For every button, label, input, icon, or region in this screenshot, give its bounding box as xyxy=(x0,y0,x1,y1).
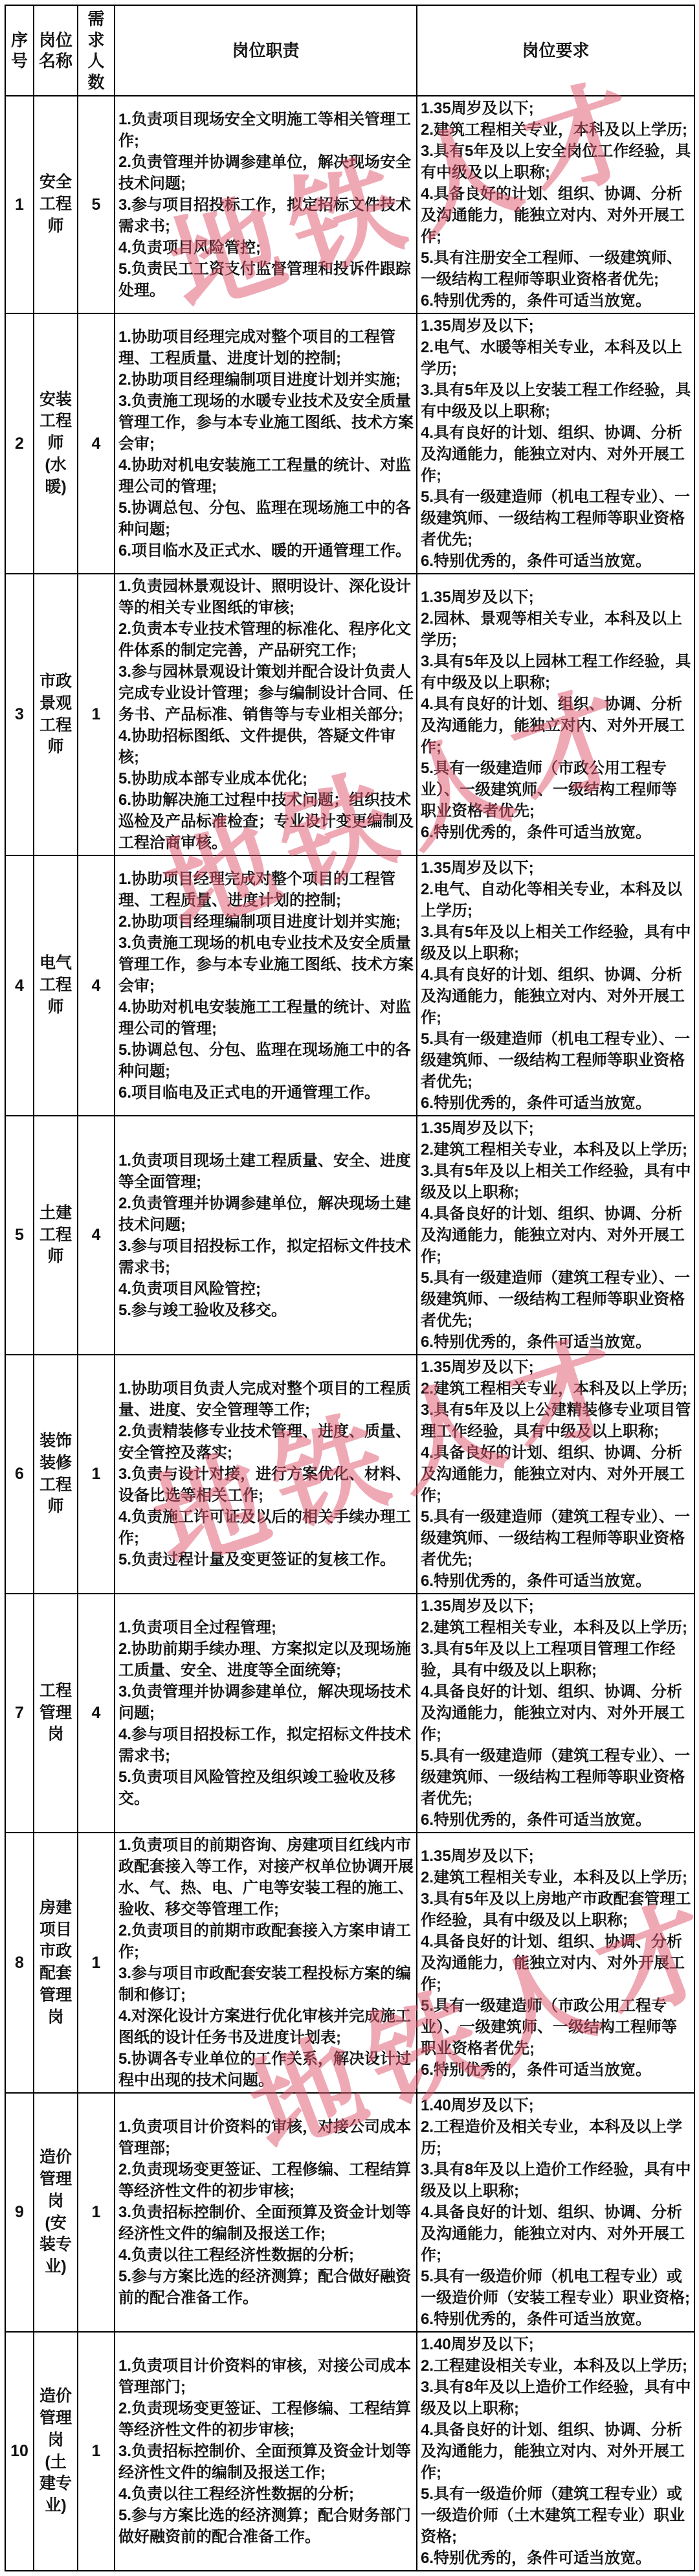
duty-item: 5.协调总包、分包、监理在现场施工中的各种问题; xyxy=(118,1039,414,1082)
duty-item: 4.负责项目风险管控; xyxy=(118,1278,414,1300)
duty-item: 2.协助前期手续办理、方案拟定以及现场施工质量、安全、进度等全面统筹; xyxy=(118,1638,414,1681)
table-row: 1 安全工程师 5 1.负责项目现场安全文明施工等相关管理工作;2.负责管理并协… xyxy=(5,96,694,313)
duty-item: 2.负责管理并协调参建单位，解决现场安全技术问题; xyxy=(118,152,414,194)
position-name-cell: 造价管理岗(土建专业) xyxy=(34,2332,78,2571)
requirement-item: 4.具备良好的计划、组织、协调、分析及沟通能力，能独立对内、对外开展工作; xyxy=(421,1442,692,1506)
requirement-item: 4.具备良好的计划、组织、协调、分析及沟通能力，能独立对内、对外开展工作; xyxy=(421,183,692,247)
duty-item: 3.负责招标控制价、全面预算及资金计划等经济性文件的编制及报送工作; xyxy=(118,2441,414,2483)
table-row: 9 造价管理岗(安装专业) 1 1.负责项目计价资料的审核，对接公司成本管理部;… xyxy=(5,2093,694,2332)
requirements-cell: 1.35周岁及以下;2.电气、自动化等相关专业，本科及以上学历;3.具有5年及以… xyxy=(417,855,694,1116)
duty-item: 5.协调总包、分包、监理在现场施工中的各种问题; xyxy=(118,497,414,540)
col-header-duties: 岗位职责 xyxy=(115,5,417,96)
position-name-cell: 安全工程师 xyxy=(34,96,78,313)
table-row: 2 安装工程师(水暖) 4 1.协助项目经理完成对整个项目的工程管理、工程质量、… xyxy=(5,313,694,574)
duties-cell: 1.协助项目经理完成对整个项目的工程管理、工程质量、进度计划的控制;2.协助项目… xyxy=(115,313,417,574)
requirement-item: 4.具备良好的计划、组织、协调、分析及沟通能力，能独立对内、对外开展工作; xyxy=(421,1931,692,1995)
requirement-item: 5.具有一级建造师（市政公用工程专业）、一级建筑师、一级结构工程师等职业资格者优… xyxy=(421,1995,692,2059)
headcount-cell: 4 xyxy=(78,1594,115,1833)
position-name-cell: 土建工程师 xyxy=(34,1116,78,1355)
header-row: 序号 岗位名称 需求人数 岗位职责 岗位要求 xyxy=(5,5,694,96)
duty-item: 2.协助项目经理编制项目进度计划并实施; xyxy=(118,369,414,390)
duty-item: 4.协助招标图纸、文件提供，答疑文件审核; xyxy=(118,725,414,768)
duty-item: 4.协助对机电安装施工工程量的统计、对监理公司的管理; xyxy=(118,997,414,1039)
requirement-item: 6.特别优秀的，条件可适当放宽。 xyxy=(421,1570,692,1592)
requirements-cell: 1.35周岁及以下;2.建筑工程相关专业，本科及以上学历;3.具有5年及以上公建… xyxy=(417,1355,694,1594)
requirement-item: 3.具有8年及以上造价工作经验，具有中级及以上职称; xyxy=(421,2159,692,2202)
requirements-cell: 1.40周岁及以下;2.工程造价及相关专业，本科及以上学历;3.具有8年及以上造… xyxy=(417,2093,694,2332)
requirement-item: 6.特别优秀的，条件可适当放宽。 xyxy=(421,1331,692,1353)
requirement-item: 3.具有5年及以上安全岗位工作经验，具有中级及以上职称; xyxy=(421,141,692,183)
duties-cell: 1.协助项目负责人完成对整个项目的工程质量、进度、安全管理等工作;2.负责精装修… xyxy=(115,1355,417,1594)
requirement-item: 4.具有良好的计划、组织、协调、分析及沟通能力，能独立对内、对外开展工作; xyxy=(421,422,692,486)
duty-item: 3.负责管理并协调参建单位，解决现场技术问题; xyxy=(118,1681,414,1724)
requirement-item: 6.特别优秀的，条件可适当放宽。 xyxy=(421,2548,692,2569)
requirement-item: 2.工程建设相关专业，本科及以上学历; xyxy=(421,2355,692,2377)
requirement-item: 2.园林、景观等相关专业，本科及以上学历; xyxy=(421,608,692,651)
duty-item: 1.负责项目计价资料的审核，对接公司成本管理部; xyxy=(118,2116,414,2159)
position-name-cell: 工程管理岗 xyxy=(34,1594,78,1833)
requirement-item: 1.35周岁及以下; xyxy=(421,1357,692,1378)
requirement-item: 3.具有5年及以上相关工作经验，具有中级及以上职称; xyxy=(421,1160,692,1203)
table-row: 8 房建项目市政配套管理岗 1 1.负责项目的前期咨询、房建项目红线内市政配套接… xyxy=(5,1833,694,2093)
row-index-cell: 6 xyxy=(5,1355,34,1594)
duty-item: 5.协调各专业单位的工作关系，解决设计过程中出现的技术问题。 xyxy=(118,2048,414,2091)
requirement-item: 3.具有5年及以上园林工程工作经验，具有中级及以上职称; xyxy=(421,651,692,694)
duty-item: 3.参与项目市政配套安装工程投标方案的编制和修订; xyxy=(118,1963,414,2005)
duty-item: 3.负责招标控制价、全面预算及资金计划等经济性文件的编制及报送工作; xyxy=(118,2202,414,2244)
headcount-cell: 1 xyxy=(78,1833,115,2093)
duty-item: 5.负责过程计量及变更签证的复核工作。 xyxy=(118,1549,414,1570)
headcount-cell: 1 xyxy=(78,2332,115,2571)
headcount-cell: 4 xyxy=(78,313,115,574)
job-positions-table: 序号 岗位名称 需求人数 岗位职责 岗位要求 1 安全工程师 5 1.负责项目现… xyxy=(5,5,695,2571)
duty-item: 1.协助项目经理完成对整个项目的工程管理、工程质量、进度计划的控制; xyxy=(118,868,414,911)
duties-cell: 1.负责项目的前期咨询、房建项目红线内市政配套接入等工作，对接产权单位协调开展水… xyxy=(115,1833,417,2093)
requirements-cell: 1.35周岁及以下;2.建筑工程相关专业，本科及以上学历;3.具有5年及以上安全… xyxy=(417,96,694,313)
requirement-item: 5.具有一级造价师（机电工程专业）或一级造价师（安装工程专业）职业资格; xyxy=(421,2266,692,2309)
row-index-cell: 9 xyxy=(5,2093,34,2332)
duty-item: 1.负责园林景观设计、照明设计、深化设计等的相关专业图纸的审核; xyxy=(118,576,414,618)
position-name-cell: 安装工程师(水暖) xyxy=(34,313,78,574)
requirements-cell: 1.35周岁及以下;2.建筑工程相关专业，本科及以上学历;3.具有5年及以上工程… xyxy=(417,1594,694,1833)
requirement-item: 1.35周岁及以下; xyxy=(421,1846,692,1867)
row-index-cell: 7 xyxy=(5,1594,34,1833)
requirement-item: 2.建筑工程相关专业，本科及以上学历; xyxy=(421,1867,692,1888)
duty-item: 3.负责施工现场的水暖专业技术及安全质量管理工作，参与本专业施工图纸、技术方案会… xyxy=(118,390,414,455)
requirement-item: 6.特别优秀的，条件可适当放宽。 xyxy=(421,2059,692,2081)
headcount-cell: 1 xyxy=(78,1355,115,1594)
requirement-item: 3.具有5年及以上相关工作经验，具有中级及以上职称; xyxy=(421,921,692,964)
duty-item: 6.协助解决施工过程中技术问题；组织技术巡检及产品标准检查；专业设计变更编制及工… xyxy=(118,789,414,853)
duty-item: 5.负责民工工资支付监督管理和投诉件跟踪处理。 xyxy=(118,258,414,301)
headcount-cell: 4 xyxy=(78,1116,115,1355)
duty-item: 2.负责精装修专业技术管理、进度、质量、安全管控及落实; xyxy=(118,1421,414,1463)
duties-cell: 1.负责园林景观设计、照明设计、深化设计等的相关专业图纸的审核;2.负责本专业技… xyxy=(115,574,417,855)
duty-item: 6.项目临电及正式电的开通管理工作。 xyxy=(118,1082,414,1103)
duties-cell: 1.负责项目计价资料的审核，对接公司成本管理部;2.负责现场变更签证、工程修编、… xyxy=(115,2093,417,2332)
duty-item: 3.负责与设计对接，进行方案优化、材料、设备比选等相关工作; xyxy=(118,1463,414,1506)
duty-item: 4.负责项目风险管控; xyxy=(118,237,414,258)
row-index-cell: 2 xyxy=(5,313,34,574)
requirements-cell: 1.35周岁及以下;2.电气、水暖等相关专业，本科及以上学历;3.具有5年及以上… xyxy=(417,313,694,574)
col-header-position-name: 岗位名称 xyxy=(34,5,78,96)
requirement-item: 2.电气、自动化等相关专业，本科及以上学历; xyxy=(421,879,692,921)
duty-item: 5.负责项目风险管控及组织竣工验收及移交。 xyxy=(118,1767,414,1809)
row-index-cell: 4 xyxy=(5,855,34,1116)
position-name-cell: 市政景观工程师 xyxy=(34,574,78,855)
headcount-cell: 4 xyxy=(78,855,115,1116)
headcount-cell: 5 xyxy=(78,96,115,313)
position-name-cell: 造价管理岗(安装专业) xyxy=(34,2093,78,2332)
headcount-cell: 1 xyxy=(78,2093,115,2332)
requirement-item: 5.具有一级建造师（市政公用工程专业）、一级建筑师、一级结构工程师等职业资格者优… xyxy=(421,758,692,822)
requirement-item: 5.具有一级建造师（机电工程专业）、一级建筑师、一级结构工程师等职业资格者优先; xyxy=(421,486,692,550)
duties-cell: 1.负责项目现场土建工程质量、安全、进度等全面管理;2.负责管理并协调参建单位，… xyxy=(115,1116,417,1355)
duty-item: 2.负责现场变更签证、工程修编、工程结算等经济性文件的初步审核; xyxy=(118,2159,414,2202)
duty-item: 6.项目临水及正式水、暖的开通管理工作。 xyxy=(118,540,414,561)
requirement-item: 2.建筑工程相关专业，本科及以上学历; xyxy=(421,119,692,141)
table-row: 4 电气工程师 4 1.协助项目经理完成对整个项目的工程管理、工程质量、进度计划… xyxy=(5,855,694,1116)
requirement-item: 5.具有注册安全工程师、一级建筑师、一级结构工程师等职业资格者优先; xyxy=(421,247,692,290)
recruitment-table-page: 序号 岗位名称 需求人数 岗位职责 岗位要求 1 安全工程师 5 1.负责项目现… xyxy=(0,0,699,2576)
requirement-item: 4.具备良好的计划、组织、协调、分析及沟通能力，能独立对内、对外开展工作; xyxy=(421,2419,692,2483)
requirement-item: 6.特别优秀的，条件可适当放宽。 xyxy=(421,2309,692,2330)
table-row: 3 市政景观工程师 1 1.负责园林景观设计、照明设计、深化设计等的相关专业图纸… xyxy=(5,574,694,855)
duty-item: 2.负责本专业技术管理的标准化、程序化文件体系的制定完善，产品研究工作; xyxy=(118,618,414,661)
requirement-item: 1.35周岁及以下; xyxy=(421,1118,692,1139)
requirements-cell: 1.35周岁及以下;2.园林、景观等相关专业，本科及以上学历;3.具有5年及以上… xyxy=(417,574,694,855)
requirement-item: 1.35周岁及以下; xyxy=(421,587,692,608)
requirement-item: 5.具有一级建造师（建筑工程专业）、一级建筑师、一级结构工程师等职业资格者优先; xyxy=(421,1267,692,1331)
requirement-item: 5.具有一级造价师（建筑工程专业）或一级造价师（土木建筑工程专业）职业资格; xyxy=(421,2483,692,2548)
duty-item: 5.参与方案比选的经济测算；配合做好融资前的配合准备工作。 xyxy=(118,2266,414,2309)
duty-item: 2.负责管理并协调参建单位，解决现场土建技术问题; xyxy=(118,1193,414,1236)
requirement-item: 4.具有良好的计划、组织、协调、分析及沟通能力，能独立对内、对外开展工作; xyxy=(421,964,692,1028)
requirements-cell: 1.40周岁及以下;2.工程建设相关专业，本科及以上学历;3.具有8年及以上造价… xyxy=(417,2332,694,2571)
requirement-item: 5.具有一级建造师（建筑工程专业）、一级建筑师、一级结构工程师等职业资格者优先; xyxy=(421,1745,692,1809)
requirements-cell: 1.35周岁及以下;2.建筑工程相关专业，本科及以上学历;3.具有5年及以上房地… xyxy=(417,1833,694,2093)
duty-item: 1.负责项目的前期咨询、房建项目红线内市政配套接入等工作，对接产权单位协调开展水… xyxy=(118,1835,414,1920)
requirement-item: 2.建筑工程相关专业，本科及以上学历; xyxy=(421,1617,692,1638)
duty-item: 1.负责项目现场土建工程质量、安全、进度等全面管理; xyxy=(118,1150,414,1193)
requirement-item: 6.特别优秀的，条件可适当放宽。 xyxy=(421,290,692,311)
duty-item: 2.负责现场变更签证、工程修编、工程结算等经济性文件的初步审核; xyxy=(118,2398,414,2441)
requirement-item: 6.特别优秀的，条件可适当放宽。 xyxy=(421,1809,692,1831)
headcount-cell: 1 xyxy=(78,574,115,855)
requirement-item: 3.具有5年及以上公建精装修专业项目管理工作经验，具有中级及以上职称; xyxy=(421,1399,692,1442)
requirement-item: 1.35周岁及以下; xyxy=(421,1596,692,1617)
duty-item: 1.负责项目全过程管理; xyxy=(118,1617,414,1638)
duties-cell: 1.负责项目全过程管理;2.协助前期手续办理、方案拟定以及现场施工质量、安全、进… xyxy=(115,1594,417,1833)
row-index-cell: 3 xyxy=(5,574,34,855)
duty-item: 4.对深化设计方案进行优化审核并完成施工图纸的设计任务书及进度计划表; xyxy=(118,2005,414,2048)
position-name-cell: 装饰装修工程师 xyxy=(34,1355,78,1594)
col-header-requirements: 岗位要求 xyxy=(417,5,694,96)
duty-item: 1.协助项目经理完成对整个项目的工程管理、工程质量、进度计划的控制; xyxy=(118,326,414,369)
duty-item: 4.参与项目招投标工作，拟定招标文件技术需求书; xyxy=(118,1724,414,1767)
requirement-item: 6.特别优秀的，条件可适当放宽。 xyxy=(421,550,692,572)
requirements-cell: 1.35周岁及以下;2.建筑工程相关专业，本科及以上学历;3.具有5年及以上相关… xyxy=(417,1116,694,1355)
requirement-item: 2.建筑工程相关专业，本科及以上学历; xyxy=(421,1378,692,1399)
duty-item: 4.负责施工许可证及以后的相关手续办理工作; xyxy=(118,1506,414,1549)
duty-item: 3.参与项目招投标工作，拟定招标文件技术需求书; xyxy=(118,1236,414,1278)
requirement-item: 4.具备良好的计划、组织、协调、分析及沟通能力，能独立对内、对外开展工作; xyxy=(421,1681,692,1745)
requirement-item: 2.电气、水暖等相关专业，本科及以上学历; xyxy=(421,337,692,379)
duty-item: 4.负责以往工程经济性数据的分析; xyxy=(118,2244,414,2266)
duty-item: 2.协助项目经理编制项目进度计划并实施; xyxy=(118,911,414,932)
duty-item: 1.协助项目负责人完成对整个项目的工程质量、进度、安全管理等工作; xyxy=(118,1378,414,1421)
row-index-cell: 1 xyxy=(5,96,34,313)
requirement-item: 6.特别优秀的，条件可适当放宽。 xyxy=(421,1092,692,1114)
requirement-item: 1.35周岁及以下; xyxy=(421,857,692,879)
table-row: 5 土建工程师 4 1.负责项目现场土建工程质量、安全、进度等全面管理;2.负责… xyxy=(5,1116,694,1355)
requirement-item: 1.35周岁及以下; xyxy=(421,315,692,337)
requirement-item: 4.具有良好的计划、组织、协调、分析及沟通能力，能独立对内、对外开展工作; xyxy=(421,694,692,758)
duty-item: 5.参与方案比选的经济测算；配合财务部门做好融资前的配合准备工作。 xyxy=(118,2505,414,2548)
duty-item: 5.参与竣工验收及移交。 xyxy=(118,1300,414,1321)
duty-item: 3.参与园林景观设计策划并配合设计负责人完成专业设计管理；参与编制设计合同、任务… xyxy=(118,661,414,725)
requirement-item: 5.具有一级建造师（机电工程专业）、一级建筑师、一级结构工程师等职业资格者优先; xyxy=(421,1028,692,1092)
requirement-item: 1.35周岁及以下; xyxy=(421,98,692,119)
duties-cell: 1.协助项目经理完成对整个项目的工程管理、工程质量、进度计划的控制;2.协助项目… xyxy=(115,855,417,1116)
requirement-item: 6.特别优秀的，条件可适当放宽。 xyxy=(421,822,692,843)
requirement-item: 1.40周岁及以下; xyxy=(421,2334,692,2355)
table-row: 6 装饰装修工程师 1 1.协助项目负责人完成对整个项目的工程质量、进度、安全管… xyxy=(5,1355,694,1594)
position-name-cell: 房建项目市政配套管理岗 xyxy=(34,1833,78,2093)
requirement-item: 1.40周岁及以下; xyxy=(421,2095,692,2116)
requirement-item: 4.具备良好的计划、组织、协调、分析及沟通能力，能独立对内、对外开展工作; xyxy=(421,2202,692,2266)
duty-item: 1.负责项目现场安全文明施工等相关管理工作; xyxy=(118,109,414,152)
duties-cell: 1.负责项目现场安全文明施工等相关管理工作;2.负责管理并协调参建单位，解决现场… xyxy=(115,96,417,313)
duty-item: 3.负责施工现场的机电专业技术及安全质量管理工作，参与本专业施工图纸、技术方案会… xyxy=(118,932,414,997)
requirement-item: 5.具有一级建造师（建筑工程专业）、一级建筑师、一级结构工程师等职业资格者优先; xyxy=(421,1506,692,1570)
duty-item: 1.负责项目计价资料的审核，对接公司成本管理部门; xyxy=(118,2355,414,2398)
requirement-item: 2.工程造价及相关专业，本科及以上学历; xyxy=(421,2116,692,2159)
row-index-cell: 8 xyxy=(5,1833,34,2093)
table-row: 7 工程管理岗 4 1.负责项目全过程管理;2.协助前期手续办理、方案拟定以及现… xyxy=(5,1594,694,1833)
requirement-item: 3.具有5年及以上工程项目管理工作经验，具有中级及以上职称; xyxy=(421,1638,692,1681)
duties-cell: 1.负责项目计价资料的审核，对接公司成本管理部门;2.负责现场变更签证、工程修编… xyxy=(115,2332,417,2571)
table-row: 10 造价管理岗(土建专业) 1 1.负责项目计价资料的审核，对接公司成本管理部… xyxy=(5,2332,694,2571)
requirement-item: 3.具有5年及以上安装工程工作经验，具有中级及以上职称; xyxy=(421,379,692,422)
duty-item: 4.负责以往工程经济性数据的分析; xyxy=(118,2483,414,2505)
row-index-cell: 5 xyxy=(5,1116,34,1355)
duty-item: 3.参与项目招投标工作，拟定招标文件技术需求书; xyxy=(118,194,414,237)
duty-item: 2.负责项目的前期市政配套接入方案申请工作; xyxy=(118,1920,414,1963)
requirement-item: 3.具有5年及以上房地产市政配套管理工作经验，具有中级及以上职称; xyxy=(421,1888,692,1931)
requirement-item: 2.建筑工程相关专业，本科及以上学历; xyxy=(421,1139,692,1160)
duty-item: 5.协助成本部专业成本优化; xyxy=(118,768,414,789)
duty-item: 4.协助对机电安装施工工程量的统计、对监理公司的管理; xyxy=(118,455,414,497)
requirement-item: 3.具有8年及以上造价工作经验，具有中级及以上职称; xyxy=(421,2377,692,2419)
position-name-cell: 电气工程师 xyxy=(34,855,78,1116)
row-index-cell: 10 xyxy=(5,2332,34,2571)
col-header-headcount: 需求人数 xyxy=(78,5,115,96)
requirement-item: 4.具备良好的计划、组织、协调、分析及沟通能力，能独立对内、对外开展工作; xyxy=(421,1203,692,1267)
col-header-index: 序号 xyxy=(5,5,34,96)
